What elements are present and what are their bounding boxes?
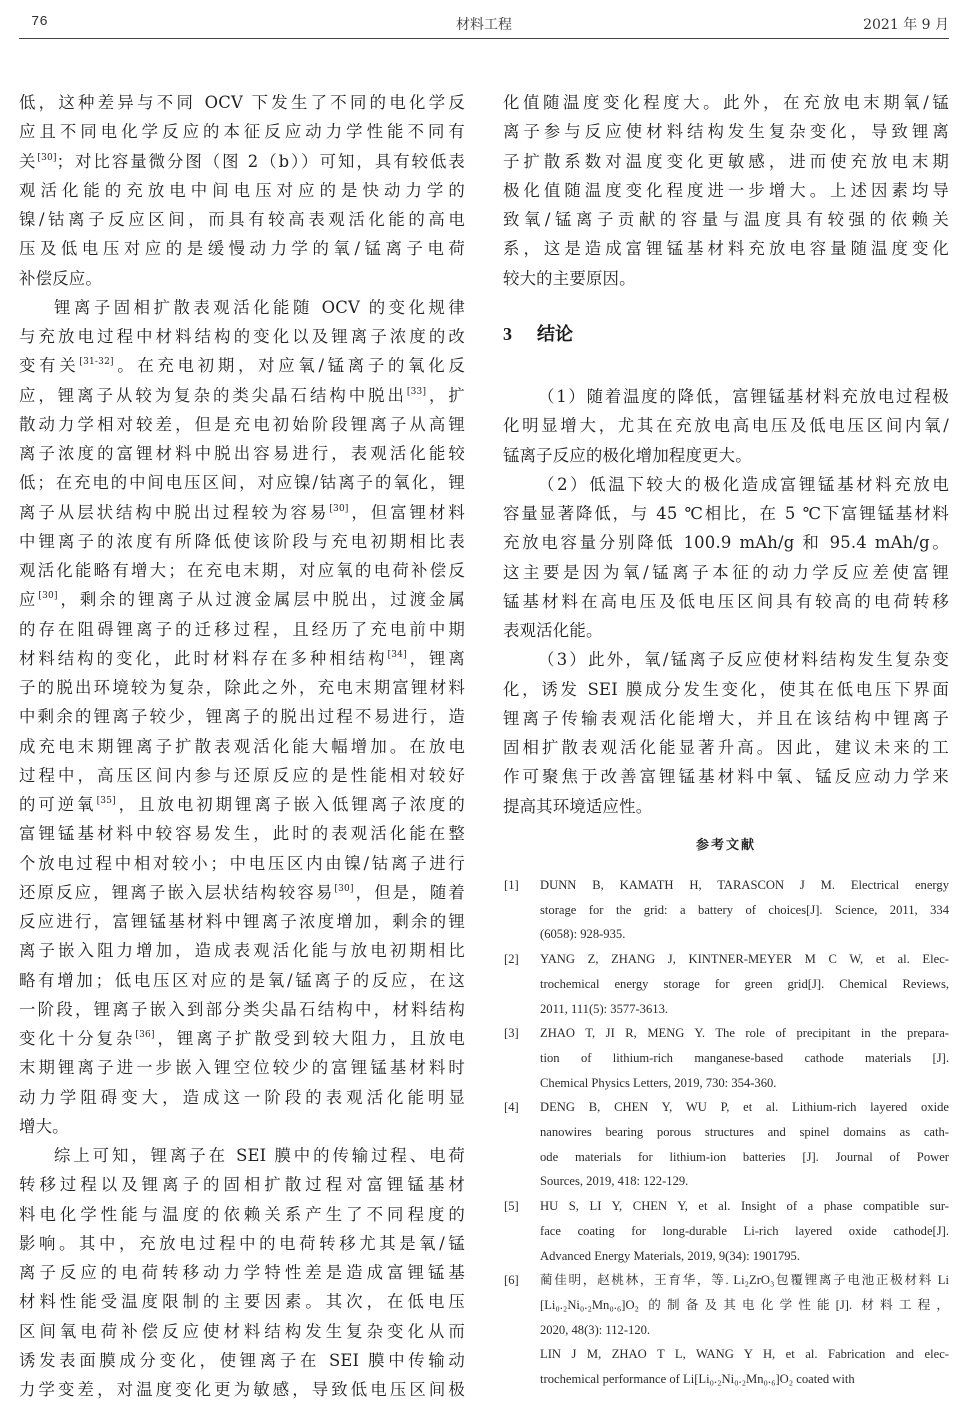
text-line: 充放电容量分别降低 100.9 mAh/g 和 95.4 mAh/g。 xyxy=(503,528,949,557)
text-line: 较大的主要原因。 xyxy=(503,264,949,293)
reference-line: Sources, 2019, 418: 122-129. xyxy=(540,1169,949,1194)
text-line: 系，这是造成富锂锰基材料充放电容量随温度变化 xyxy=(503,234,949,263)
text-line: 观活化能的充放电中间电压对应的是快动力学的 xyxy=(19,176,465,205)
text-line: 诱发表面膜成分变化，使锂离子在 SEI 膜中传输动 xyxy=(19,1346,465,1375)
text-line: 关[30]；对比容量微分图（图 2（b））可知，具有较低表 xyxy=(19,147,465,176)
text-line: 个放电过程中相对较小；中电压区内由镍/钴离子进行 xyxy=(19,849,465,878)
section-heading: 3结论 xyxy=(503,320,573,346)
text-line: 子扩散系数对温度变化更敏感，进而使充放电末期 xyxy=(503,147,949,176)
text-line: 应且不同电化学反应的本征反应动力学性能不同有 xyxy=(19,117,465,146)
reference-line: [Li₀.₂Ni₀.₂Mn₀.₆]O₂ 的制备及其电化学性能[J]. 材料工程， xyxy=(540,1293,949,1318)
issue-date: 2021 年 9 月 xyxy=(863,14,949,34)
reference-number: [2] xyxy=(504,947,519,972)
reference-number: [5] xyxy=(504,1194,519,1219)
reference-line: Advanced Energy Materials, 2019, 9(34): … xyxy=(540,1244,949,1269)
citation-ref: [30] xyxy=(334,884,353,894)
text-line: 容量显著降低，与 45 ℃相比，在 5 ℃下富锂锰基材料 xyxy=(503,499,949,528)
text-line: 增大。 xyxy=(19,1112,465,1141)
reference-number: [1] xyxy=(504,873,519,898)
citation-ref: [30] xyxy=(329,504,348,514)
text-line: 材料性能受温度限制的主要因素。其次，在低电压 xyxy=(19,1287,465,1316)
text-line: 极化值随温度变化程度进一步增大。上述因素均导 xyxy=(503,176,949,205)
text-line: 应，锂离子从较为复杂的类尖晶石结构中脱出[33]，扩 xyxy=(19,381,465,410)
citation-ref: [30] xyxy=(37,153,56,163)
reference-line: 蔺佳明，赵桃林，王育华，等. Li₂ZrO₃包覆锂离子电池正极材料 Li xyxy=(540,1268,949,1293)
text-line: 料电化学性能与温度的依赖关系产生了不同程度的 xyxy=(19,1200,465,1229)
reference-line: Chemical Physics Letters, 2019, 730: 354… xyxy=(540,1071,949,1096)
text-line: 中剩余的锂离子较少，锂离子的脱出过程不易进行，造 xyxy=(19,702,465,731)
text-line: 离子从层状结构中脱出过程较为容易[30]，但富锂材料 xyxy=(19,498,465,527)
text-line: （1）随着温度的降低，富锂锰基材料充放电过程极 xyxy=(503,382,949,411)
text-line: 化明显增大，尤其在充放电高电压及低电压区间内氧/ xyxy=(503,411,949,440)
text-line: 锰基材料在高电压及低电压区间具有较高的电荷转移 xyxy=(503,587,949,616)
references-heading: 参考文献 xyxy=(503,834,949,853)
text-line: 补偿反应。 xyxy=(19,264,465,293)
citation-ref: [36] xyxy=(135,1030,154,1040)
text-line: 这主要是因为氧/锰离子本征的动力学反应差使富锂 xyxy=(503,558,949,587)
reference-line: HU S, LI Y, CHEN Y, et al. Insight of a … xyxy=(540,1194,949,1219)
text-line: 材料结构的变化，此时材料存在多种相结构[34]，锂离 xyxy=(19,644,465,673)
citation-ref: [33] xyxy=(407,387,426,397)
text-line: 作可聚焦于改善富锂锰基材料中氧、锰反应动力学来 xyxy=(503,762,949,791)
text-line: 化值随温度变化程度大。此外，在充放电末期氧/锰 xyxy=(503,88,949,117)
text-line: 镍/钴离子反应区间，而具有较高表观活化能的高电 xyxy=(19,205,465,234)
text-line: 低；在充电的中间电压区间，对应镍/钴离子的氧化，锂 xyxy=(19,468,465,497)
section-title-text: 结论 xyxy=(537,324,573,345)
reference-line: YANG Z, ZHANG J, KINTNER-MEYER M C W, et… xyxy=(540,947,949,972)
reference-number: [4] xyxy=(504,1095,519,1120)
text-line: 锂离子传输表观活化能增大，并且在该结构中锂离子 xyxy=(503,704,949,733)
citation-ref: [34] xyxy=(388,650,407,660)
text-line: 表观活化能。 xyxy=(503,616,949,645)
text-line: 离子嵌入阻力增加，造成表观活化能与放电初期相比 xyxy=(19,936,465,965)
text-line: 离子反应的电荷转移动力学特性差是造成富锂锰基 xyxy=(19,1258,465,1287)
text-line: （2）低温下较大的极化造成富锂锰基材料充放电 xyxy=(503,470,949,499)
text-line: 致氧/锰离子贡献的容量与温度具有较强的依赖关 xyxy=(503,205,949,234)
page-header: 76 材料工程 2021 年 9 月 xyxy=(19,8,949,39)
text-line: 的存在阻碍锂离子的迁移过程，且经历了充电前中期 xyxy=(19,615,465,644)
reference-line: trochemical energy storage for green gri… xyxy=(540,972,949,997)
text-line: 转移过程以及锂离子的固相扩散过程对富锂锰基材 xyxy=(19,1170,465,1199)
text-line: 反应进行，富锂锰基材料中锂离子浓度增加，剩余的锂 xyxy=(19,907,465,936)
text-line: 观活化能略有增大；在充电末期，对应氧的电荷补偿反 xyxy=(19,556,465,585)
text-line: 与充放电过程中材料结构的变化以及锂离子浓度的改 xyxy=(19,322,465,351)
text-line: 锰离子反应的极化增加程度更大。 xyxy=(503,441,949,470)
text-line: 锂离子固相扩散表观活化能随 OCV 的变化规律 xyxy=(19,293,465,322)
journal-title: 材料工程 xyxy=(19,14,949,34)
text-line: 动力学阻碍变大，造成这一阶段的表观活化能明显 xyxy=(19,1083,465,1112)
text-line: 中锂离子的浓度有所降低使该阶段与充电初期相比表 xyxy=(19,527,465,556)
text-line: 略有增加；低电压区对应的是氧/锰离子的反应，在这 xyxy=(19,966,465,995)
text-line: 低，这种差异与不同 OCV 下发生了不同的电化学反 xyxy=(19,88,465,117)
reference-line: tion of lithium-rich manganese-based cat… xyxy=(540,1046,949,1071)
text-line: 过程中，高压区间内参与还原反应的是性能相对较好 xyxy=(19,761,465,790)
text-line: 压及低电压对应的是缓慢动力学的氧/锰离子电荷 xyxy=(19,234,465,263)
text-line: 变有关[31-32]。在充电初期，对应氧/锰离子的氧化反 xyxy=(19,351,465,380)
reference-number: [3] xyxy=(504,1021,519,1046)
reference-line: trochemical performance of Li[Li₀.₂Ni₀.₂… xyxy=(540,1367,949,1392)
reference-line: nanowires bearing porous structures and … xyxy=(540,1120,949,1145)
text-line: 离子参与反应使材料结构发生复杂变化，导致锂离 xyxy=(503,117,949,146)
text-line: 还原反应，锂离子嵌入层状结构较容易[30]，但是，随着 xyxy=(19,878,465,907)
reference-line: (6058): 928-935. xyxy=(540,922,949,947)
reference-line: DUNN B, KAMATH H, TARASCON J M. Electric… xyxy=(540,873,949,898)
text-line: 化，诱发 SEI 膜成分发生变化，使其在低电压下界面 xyxy=(503,675,949,704)
text-line: （3）此外，氧/锰离子反应使材料结构发生复杂变 xyxy=(503,645,949,674)
text-line: 固相扩散表观活化能显著升高。因此，建议未来的工 xyxy=(503,733,949,762)
text-line: 离子浓度的富锂材料中脱出容易进行，表观活化能较 xyxy=(19,439,465,468)
citation-ref: [30] xyxy=(38,591,57,601)
text-line: 的可逆氧[35]，且放电初期锂离子嵌入低锂离子浓度的 xyxy=(19,790,465,819)
reference-line: 2011, 111(5): 3577-3613. xyxy=(540,997,949,1022)
reference-line: face coating for long-durable Li-rich la… xyxy=(540,1219,949,1244)
text-line: 区间氧电荷补偿反应使材料结构发生复杂变化从而 xyxy=(19,1317,465,1346)
reference-line: ode materials for lithium-ion batteries … xyxy=(540,1145,949,1170)
reference-line: LIN J M, ZHAO T L, WANG Y H, et al. Fabr… xyxy=(540,1342,949,1367)
text-line: 应[30]，剩余的锂离子从过渡金属层中脱出，过渡金属 xyxy=(19,585,465,614)
reference-line: 2020, 48(3): 112-120. xyxy=(540,1318,949,1343)
text-line: 成充电末期锂离子扩散表观活化能大幅增加。在放电 xyxy=(19,732,465,761)
reference-number: [6] xyxy=(504,1268,519,1293)
text-line: 变化十分复杂[36]，锂离子扩散受到较大阻力，且放电 xyxy=(19,1024,465,1053)
text-line: 一阶段，锂离子嵌入到部分类尖晶石结构中，材料结构 xyxy=(19,995,465,1024)
section-number: 3 xyxy=(503,324,537,345)
text-line: 力学变差，对温度变化更为敏感，导致低电压区间极 xyxy=(19,1375,465,1404)
text-line: 散动力学相对较差，但是充电初始阶段锂离子从高锂 xyxy=(19,410,465,439)
text-line: 子的脱出环境较为复杂，除此之外，充电末期富锂材料 xyxy=(19,673,465,702)
citation-ref: [35] xyxy=(97,796,116,806)
text-line: 影响。其中，充放电过程中的电荷转移尤其是氧/锰 xyxy=(19,1229,465,1258)
reference-line: ZHAO T, JI R, MENG Y. The role of precip… xyxy=(540,1021,949,1046)
text-line: 富锂锰基材料中较容易发生，此时的表观活化能在整 xyxy=(19,819,465,848)
text-line: 提高其环境适应性。 xyxy=(503,792,949,821)
reference-line: DENG B, CHEN Y, WU P, et al. Lithium-ric… xyxy=(540,1095,949,1120)
text-line: 综上可知，锂离子在 SEI 膜中的传输过程、电荷 xyxy=(19,1141,465,1170)
reference-line: storage for the grid: a battery of choic… xyxy=(540,898,949,923)
citation-ref: [31-32] xyxy=(79,357,113,367)
text-line: 末期锂离子进一步嵌入锂空位较少的富锂锰基材料时 xyxy=(19,1053,465,1082)
